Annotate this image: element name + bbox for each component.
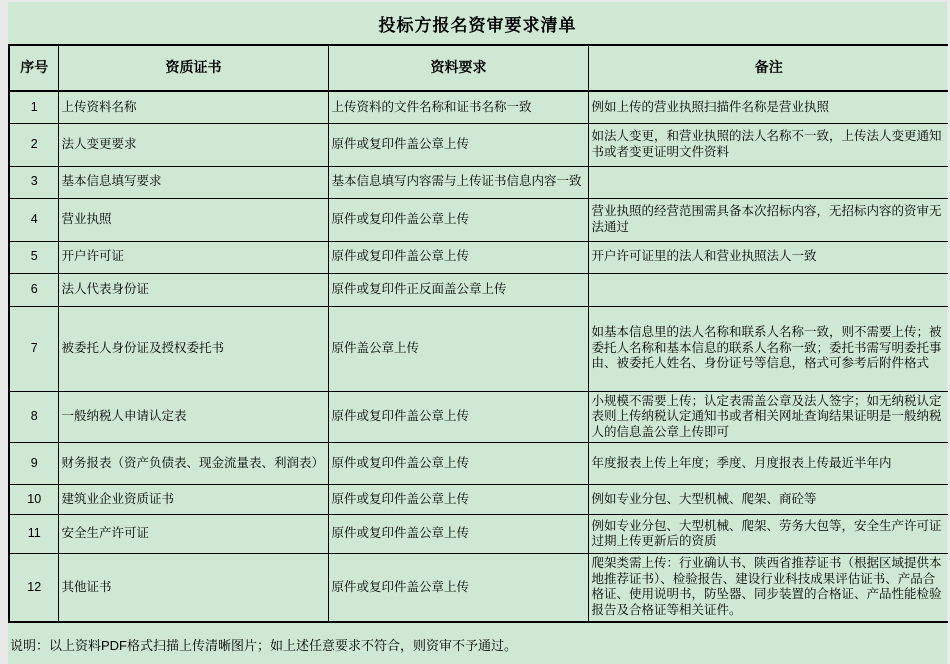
remark-cell[interactable]: 如法人变更，和营业执照的法人名称不一致，上传法人变更通知书或者变更证明文件资料 (588, 123, 948, 166)
header-requirement[interactable]: 资料要求 (328, 45, 588, 91)
table-row-11: 11 安全生产许可证 原件或复印件盖公章上传 例如专业分包、大型机械、爬架、劳务… (9, 515, 948, 554)
spreadsheet-area: 投标方报名资审要求清单 序号 资质证书 资料要求 备注 1 上传资料名称 上传资… (8, 2, 947, 664)
table-row-7: 7 被委托人身份证及授权委托书 原件盖公章上传 如基本信息里的法人名称和联系人名… (9, 306, 948, 391)
table-row-2: 2 法人变更要求 原件或复印件盖公章上传 如法人变更，和营业执照的法人名称不一致… (9, 123, 948, 166)
row-no-cell[interactable]: 3 (9, 166, 58, 198)
header-remark[interactable]: 备注 (588, 45, 948, 91)
table-row-4: 4 营业执照 原件或复印件盖公章上传 营业执照的经营范围需具备本次招标内容，无招… (9, 198, 948, 241)
requirement-cell[interactable]: 原件或复印件正反面盖公章上传 (328, 273, 588, 306)
requirement-cell[interactable]: 原件或复印件盖公章上传 (328, 515, 588, 554)
table-row-9: 9 财务报表（资产负债表、现金流量表、利润表） 原件或复印件盖公章上传 年度报表… (9, 443, 948, 485)
row-no-cell[interactable]: 4 (9, 198, 58, 241)
footer-note[interactable]: 说明：以上资料PDF格式扫描上传清晰图片；如上述任意要求不符合，则资审不予通过。 (8, 635, 947, 654)
page-title[interactable]: 投标方报名资审要求清单 (8, 2, 947, 44)
table-row-12: 12 其他证书 原件或复印件盖公章上传 爬架类需上传：行业确认书、陕西省推荐证书… (9, 554, 948, 622)
requirements-table: 序号 资质证书 资料要求 备注 1 上传资料名称 上传资料的文件名称和证书名称一… (8, 44, 948, 623)
cert-cell[interactable]: 安全生产许可证 (58, 515, 328, 554)
requirement-cell[interactable]: 原件盖公章上传 (328, 306, 588, 391)
table-row-6-selected: 6 法人代表身份证 原件或复印件正反面盖公章上传 (9, 273, 948, 306)
remark-cell[interactable] (588, 273, 948, 306)
row-no-cell[interactable]: 10 (9, 485, 58, 515)
cert-cell[interactable]: 开户许可证 (58, 241, 328, 273)
remark-cell[interactable]: 如基本信息里的法人名称和联系人名称一致，则不需要上传；被委托人名称和基本信息的联… (588, 306, 948, 391)
cert-cell[interactable]: 建筑业企业资质证书 (58, 485, 328, 515)
remark-cell[interactable] (588, 166, 948, 198)
remark-cell[interactable]: 小规模不需要上传；认定表需盖公章及法人签字；如无纳税认定表则上传纳税认定通知书或… (588, 391, 948, 443)
cert-cell[interactable]: 被委托人身份证及授权委托书 (58, 306, 328, 391)
requirement-cell[interactable]: 原件或复印件盖公章上传 (328, 123, 588, 166)
row-no-cell[interactable]: 6 (9, 273, 58, 306)
table-row-3: 3 基本信息填写要求 基本信息填写内容需与上传证书信息内容一致 (9, 166, 948, 198)
remark-cell[interactable]: 例如专业分包、大型机械、爬架、商砼等 (588, 485, 948, 515)
cert-cell[interactable]: 法人变更要求 (58, 123, 328, 166)
remark-cell[interactable]: 开户许可证里的法人和营业执照法人一致 (588, 241, 948, 273)
cert-cell[interactable]: 基本信息填写要求 (58, 166, 328, 198)
remark-cell[interactable]: 营业执照的经营范围需具备本次招标内容，无招标内容的资审无法通过 (588, 198, 948, 241)
remark-cell[interactable]: 例如专业分包、大型机械、爬架、劳务大包等，安全生产许可证过期上传更新后的资质 (588, 515, 948, 554)
row-no-cell[interactable]: 2 (9, 123, 58, 166)
cert-cell[interactable]: 法人代表身份证 (58, 273, 328, 306)
requirement-cell[interactable]: 上传资料的文件名称和证书名称一致 (328, 91, 588, 123)
header-cert[interactable]: 资质证书 (58, 45, 328, 91)
requirement-cell[interactable]: 原件或复印件盖公章上传 (328, 391, 588, 443)
table-row-5: 5 开户许可证 原件或复印件盖公章上传 开户许可证里的法人和营业执照法人一致 (9, 241, 948, 273)
requirement-cell[interactable]: 原件或复印件盖公章上传 (328, 554, 588, 622)
requirement-cell[interactable]: 基本信息填写内容需与上传证书信息内容一致 (328, 166, 588, 198)
cert-cell[interactable]: 营业执照 (58, 198, 328, 241)
cert-cell[interactable]: 财务报表（资产负债表、现金流量表、利润表） (58, 443, 328, 485)
header-no[interactable]: 序号 (9, 45, 58, 91)
table-header-row: 序号 资质证书 资料要求 备注 (9, 45, 948, 91)
requirement-cell[interactable]: 原件或复印件盖公章上传 (328, 485, 588, 515)
cert-cell[interactable]: 一般纳税人申请认定表 (58, 391, 328, 443)
requirement-cell[interactable]: 原件或复印件盖公章上传 (328, 198, 588, 241)
row-no-cell[interactable]: 12 (9, 554, 58, 622)
remark-cell[interactable]: 例如上传的营业执照扫描件名称是营业执照 (588, 91, 948, 123)
row-no-cell[interactable]: 7 (9, 306, 58, 391)
table-row-8: 8 一般纳税人申请认定表 原件或复印件盖公章上传 小规模不需要上传；认定表需盖公… (9, 391, 948, 443)
row-no-label: 6 (31, 282, 38, 296)
row-no-cell[interactable]: 5 (9, 241, 58, 273)
table-row-10: 10 建筑业企业资质证书 原件或复印件盖公章上传 例如专业分包、大型机械、爬架、… (9, 485, 948, 515)
row-no-cell[interactable]: 1 (9, 91, 58, 123)
remark-cell[interactable]: 爬架类需上传：行业确认书、陕西省推荐证书（根据区域提供本地推荐证书）、检验报告、… (588, 554, 948, 622)
row-no-cell[interactable]: 8 (9, 391, 58, 443)
row-no-cell[interactable]: 11 (9, 515, 58, 554)
requirement-cell[interactable]: 原件或复印件盖公章上传 (328, 443, 588, 485)
table-row-1: 1 上传资料名称 上传资料的文件名称和证书名称一致 例如上传的营业执照扫描件名称… (9, 91, 948, 123)
cert-cell[interactable]: 上传资料名称 (58, 91, 328, 123)
requirement-cell[interactable]: 原件或复印件盖公章上传 (328, 241, 588, 273)
remark-cell[interactable]: 年度报表上传上年度；季度、月度报表上传最近半年内 (588, 443, 948, 485)
row-no-cell[interactable]: 9 (9, 443, 58, 485)
cert-cell[interactable]: 其他证书 (58, 554, 328, 622)
